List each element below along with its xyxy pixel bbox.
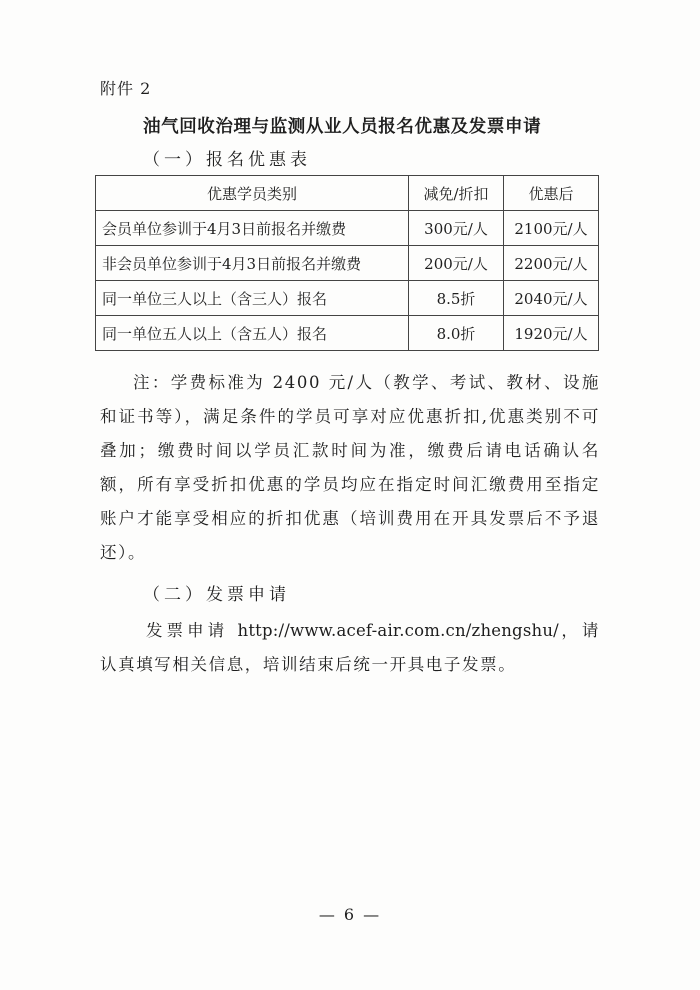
cell-category: 同一单位五人以上（含五人）报名 [96, 316, 409, 351]
table-row: 非会员单位参训于4月3日前报名并缴费 200元/人 2200元/人 [96, 246, 599, 281]
invoice-url-link[interactable]: http://www.acef-air.com.cn/zhengshu/ [238, 621, 559, 640]
cell-final-price: 2200元/人 [504, 246, 599, 281]
document-title: 油气回收治理与监测从业人员报名优惠及发票申请 [143, 113, 541, 138]
fee-note: 注：学费标准为 2400 元/人（教学、考试、教材、设施和证书等），满足条件的学… [100, 366, 600, 570]
cell-discount: 8.5折 [409, 281, 504, 316]
table-row: 同一单位三人以上（含三人）报名 8.5折 2040元/人 [96, 281, 599, 316]
cell-category: 会员单位参训于4月3日前报名并缴费 [96, 211, 409, 246]
table-row: 会员单位参训于4月3日前报名并缴费 300元/人 2100元/人 [96, 211, 599, 246]
cell-discount: 8.0折 [409, 316, 504, 351]
section-heading-discount-table: （一）报名优惠表 [143, 145, 311, 170]
cell-discount: 200元/人 [409, 246, 504, 281]
discount-table: 优惠学员类别 减免/折扣 优惠后 会员单位参训于4月3日前报名并缴费 300元/… [95, 175, 599, 351]
cell-final-price: 2100元/人 [504, 211, 599, 246]
header-discount: 减免/折扣 [409, 176, 504, 211]
cell-category: 同一单位三人以上（含三人）报名 [96, 281, 409, 316]
cell-discount: 300元/人 [409, 211, 504, 246]
header-final-price: 优惠后 [504, 176, 599, 211]
cell-category: 非会员单位参训于4月3日前报名并缴费 [96, 246, 409, 281]
invoice-text-prefix: 发票申请 [146, 621, 238, 640]
table-header-row: 优惠学员类别 减免/折扣 优惠后 [96, 176, 599, 211]
invoice-paragraph: 发票申请 http://www.acef-air.com.cn/zhengshu… [100, 614, 600, 682]
cell-final-price: 2040元/人 [504, 281, 599, 316]
cell-final-price: 1920元/人 [504, 316, 599, 351]
attachment-label: 附件 2 [100, 76, 151, 99]
header-category: 优惠学员类别 [96, 176, 409, 211]
section-heading-invoice: （二）发票申请 [143, 580, 290, 605]
page-number: — 6 — [0, 905, 700, 924]
table-row: 同一单位五人以上（含五人）报名 8.0折 1920元/人 [96, 316, 599, 351]
